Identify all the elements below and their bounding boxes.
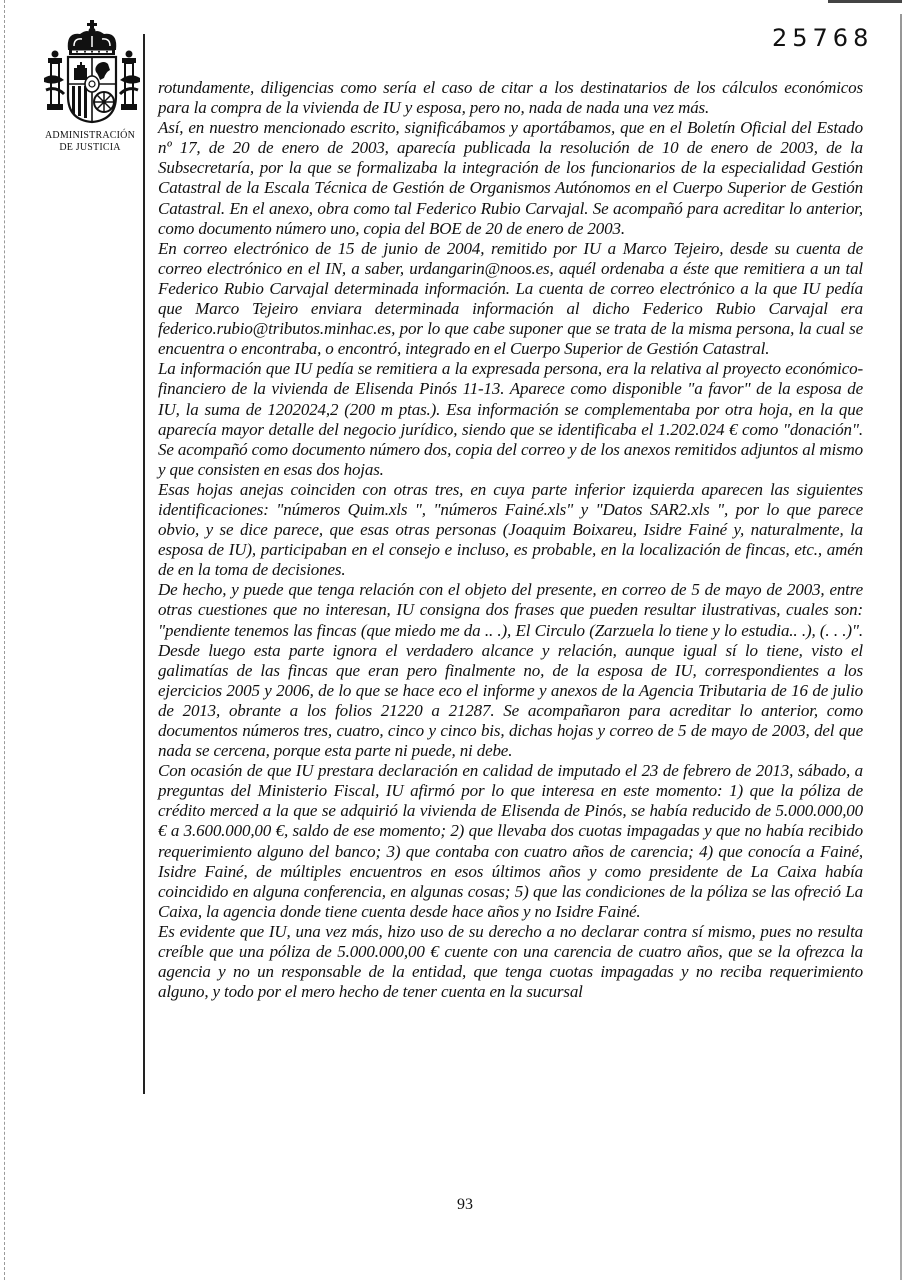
spanish-coat-of-arms-icon <box>44 20 140 124</box>
paragraph: De hecho, y puede que tenga relación con… <box>158 580 863 761</box>
paragraph: La información que IU pedía se remitiera… <box>158 359 863 480</box>
document-body: rotundamente, diligencias como sería el … <box>158 78 863 1002</box>
paragraph: Así, en nuestro mencionado escrito, sign… <box>158 118 863 239</box>
sidebar: ADMINISTRACIÓN DE JUSTICIA <box>30 20 148 154</box>
paragraph: Con ocasión de que IU prestara declaraci… <box>158 761 863 922</box>
stamp-number: 25768 <box>772 24 873 52</box>
scan-top-bar <box>828 0 902 3</box>
scan-edge-left <box>4 0 6 1280</box>
paragraph: En correo electrónico de 15 de junio de … <box>158 239 863 360</box>
page-number: 93 <box>0 1196 906 1214</box>
scan-edge-right <box>900 14 902 1280</box>
paragraph: Esas hojas anejas coinciden con otras tr… <box>158 480 863 580</box>
paragraph: Es evidente que IU, una vez más, hizo us… <box>158 922 863 1002</box>
margin-divider <box>143 34 145 1094</box>
sidebar-label-line1: ADMINISTRACIÓN <box>30 130 150 142</box>
paragraph: rotundamente, diligencias como sería el … <box>158 78 863 118</box>
sidebar-label-line2: DE JUSTICIA <box>30 142 150 154</box>
